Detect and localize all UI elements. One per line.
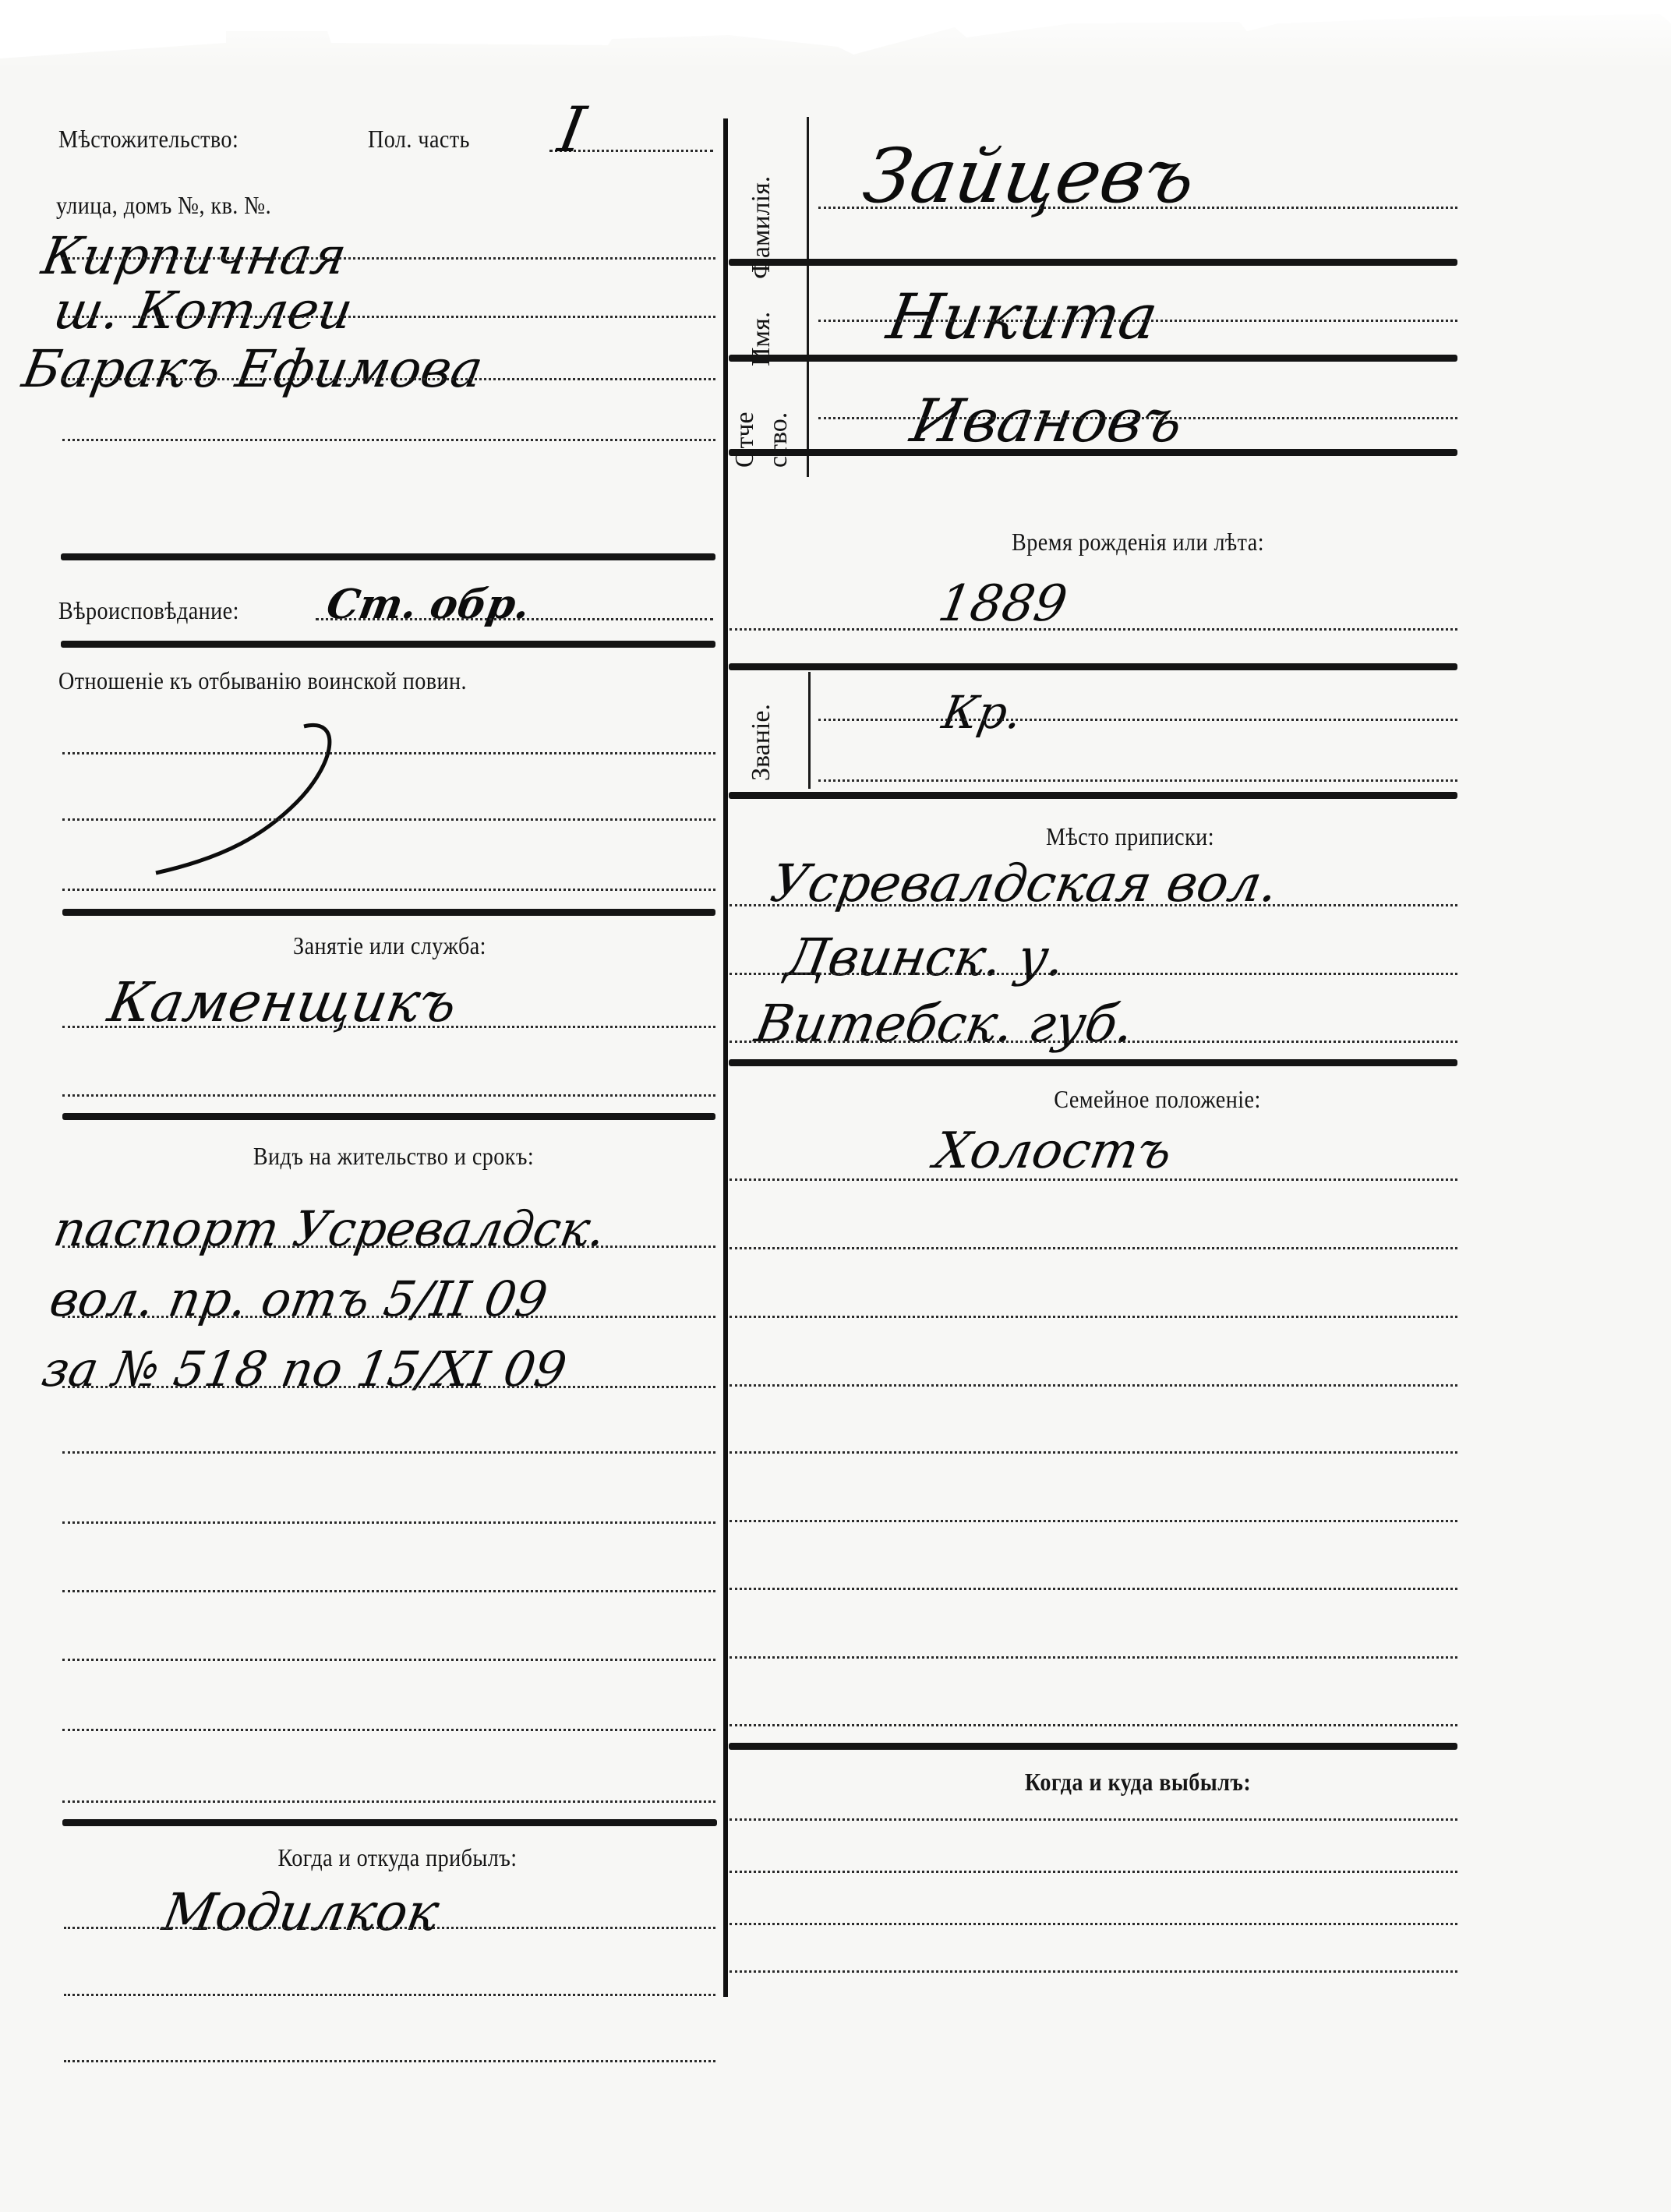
arrived-line-3 [64,2060,715,2062]
military-line-2 [62,818,715,821]
registration-dotted-1 [730,904,1457,906]
occupation-line-2 [62,1094,715,1097]
departed-label: Когда и куда выбылъ: [1025,1768,1251,1797]
divider-first-name [729,355,1457,362]
divider-marital [729,1743,1457,1750]
column-divider [723,118,728,1997]
residence-permit-label: Видъ на жительство и срокъ: [253,1142,534,1171]
divider-rank [729,792,1457,799]
registration-line-3: Витебск. губ. [751,994,1139,1054]
police-district-label: Пол. часть [368,125,470,154]
patronymic-label-2: ство. [764,412,793,468]
permit-dotted-line-5 [62,1521,715,1524]
religion-line [316,618,713,620]
permit-dotted-line-1 [62,1246,715,1248]
street-line-2: ш. Котлеи [49,281,357,341]
patronymic-label-1: Отче [730,412,760,468]
patronymic-value: Ивановъ [906,386,1188,455]
street-dotted-line-4 [62,439,715,441]
marital-label: Семейное положеніе: [1054,1085,1260,1114]
religion-value: Ст. обр. [323,581,534,628]
divider-permit [62,1819,717,1826]
first-name-line [818,320,1457,322]
marital-line-6 [730,1520,1457,1522]
military-label: Отношеніе къ отбыванію воинской повин. [58,666,467,695]
street-dotted-line-2 [62,316,715,318]
military-line-1 [62,752,715,754]
rank-label: Званіе. [747,704,776,781]
marital-line-9 [730,1724,1457,1726]
torn-top-edge [0,0,1671,70]
permit-dotted-line-3 [62,1386,715,1388]
rank-line-2 [818,779,1457,782]
departed-line-2 [730,1871,1457,1873]
first-name-value: Никита [882,281,1164,353]
marital-line-3 [730,1316,1457,1318]
residence-permit-line-3: за № 518 по 15/XI 09 [38,1341,571,1398]
birth-line [730,628,1457,631]
divider-patronymic [729,449,1457,456]
rank-line-1 [818,719,1457,721]
marital-value: Холостъ [930,1122,1176,1180]
permit-dotted-line-4 [62,1451,715,1454]
residence-permit-line-2: вол. пр. отъ 5/II 09 [46,1270,552,1327]
residence-permit-line-1: паспорт Усревалдск. [50,1200,610,1257]
street-line-3: Баракъ Ефимова [18,339,487,399]
registration-dotted-3 [730,1041,1457,1043]
marital-line-5 [730,1451,1457,1454]
registration-line-2: Двинск. у. [782,928,1069,988]
divider-military [62,909,715,916]
permit-dotted-line-9 [62,1800,715,1803]
permit-dotted-line-7 [62,1659,715,1661]
permit-dotted-line-6 [62,1590,715,1592]
permit-dotted-line-8 [62,1729,715,1731]
religion-label: Вѣроисповѣдание: [58,596,239,625]
birth-value: 1889 [934,575,1071,633]
birth-label: Время рожденія или лѣта: [1012,528,1264,557]
marital-line-1 [730,1178,1457,1181]
departed-line-4 [730,1970,1457,1973]
arrived-label: Когда и откуда прибылъ: [277,1843,517,1872]
departed-line-1 [730,1818,1457,1821]
rank-label-divider [808,672,811,789]
occupation-label: Занятіе или служба: [293,931,486,960]
divider-religion [61,641,715,648]
permit-dotted-line-2 [62,1316,715,1318]
divider-occupation [62,1113,715,1120]
patronymic-line [818,417,1457,419]
residence-label: Мѣстожительство: [58,125,238,154]
divider-surname [729,259,1457,266]
arrived-value: Модилкок [158,1882,443,1942]
arrived-line-2 [64,1994,715,1996]
marital-line-7 [730,1588,1457,1590]
divider-registration [729,1059,1457,1066]
divider-birth [729,663,1457,670]
name-label-divider [807,117,809,477]
military-dash-mark [140,709,359,881]
registration-label: Мѣсто приписки: [1046,822,1214,851]
surname-line [818,207,1457,209]
street-line-1: Кирпичная [37,226,351,286]
occupation-value: Каменщикъ [104,970,462,1034]
divider-residence [61,553,715,560]
arrived-line-1 [64,1927,715,1929]
street-label: улица, домъ №, кв. №. [56,191,271,220]
street-dotted-line-3 [62,378,715,380]
marital-line-8 [730,1656,1457,1659]
registration-dotted-2 [730,973,1457,975]
occupation-line-1 [62,1026,715,1028]
rank-value: Кр. [938,686,1026,739]
departed-line-3 [730,1923,1457,1925]
military-line-3 [62,889,715,891]
marital-line-4 [730,1384,1457,1387]
street-dotted-line-1 [62,257,715,260]
marital-line-2 [730,1247,1457,1249]
